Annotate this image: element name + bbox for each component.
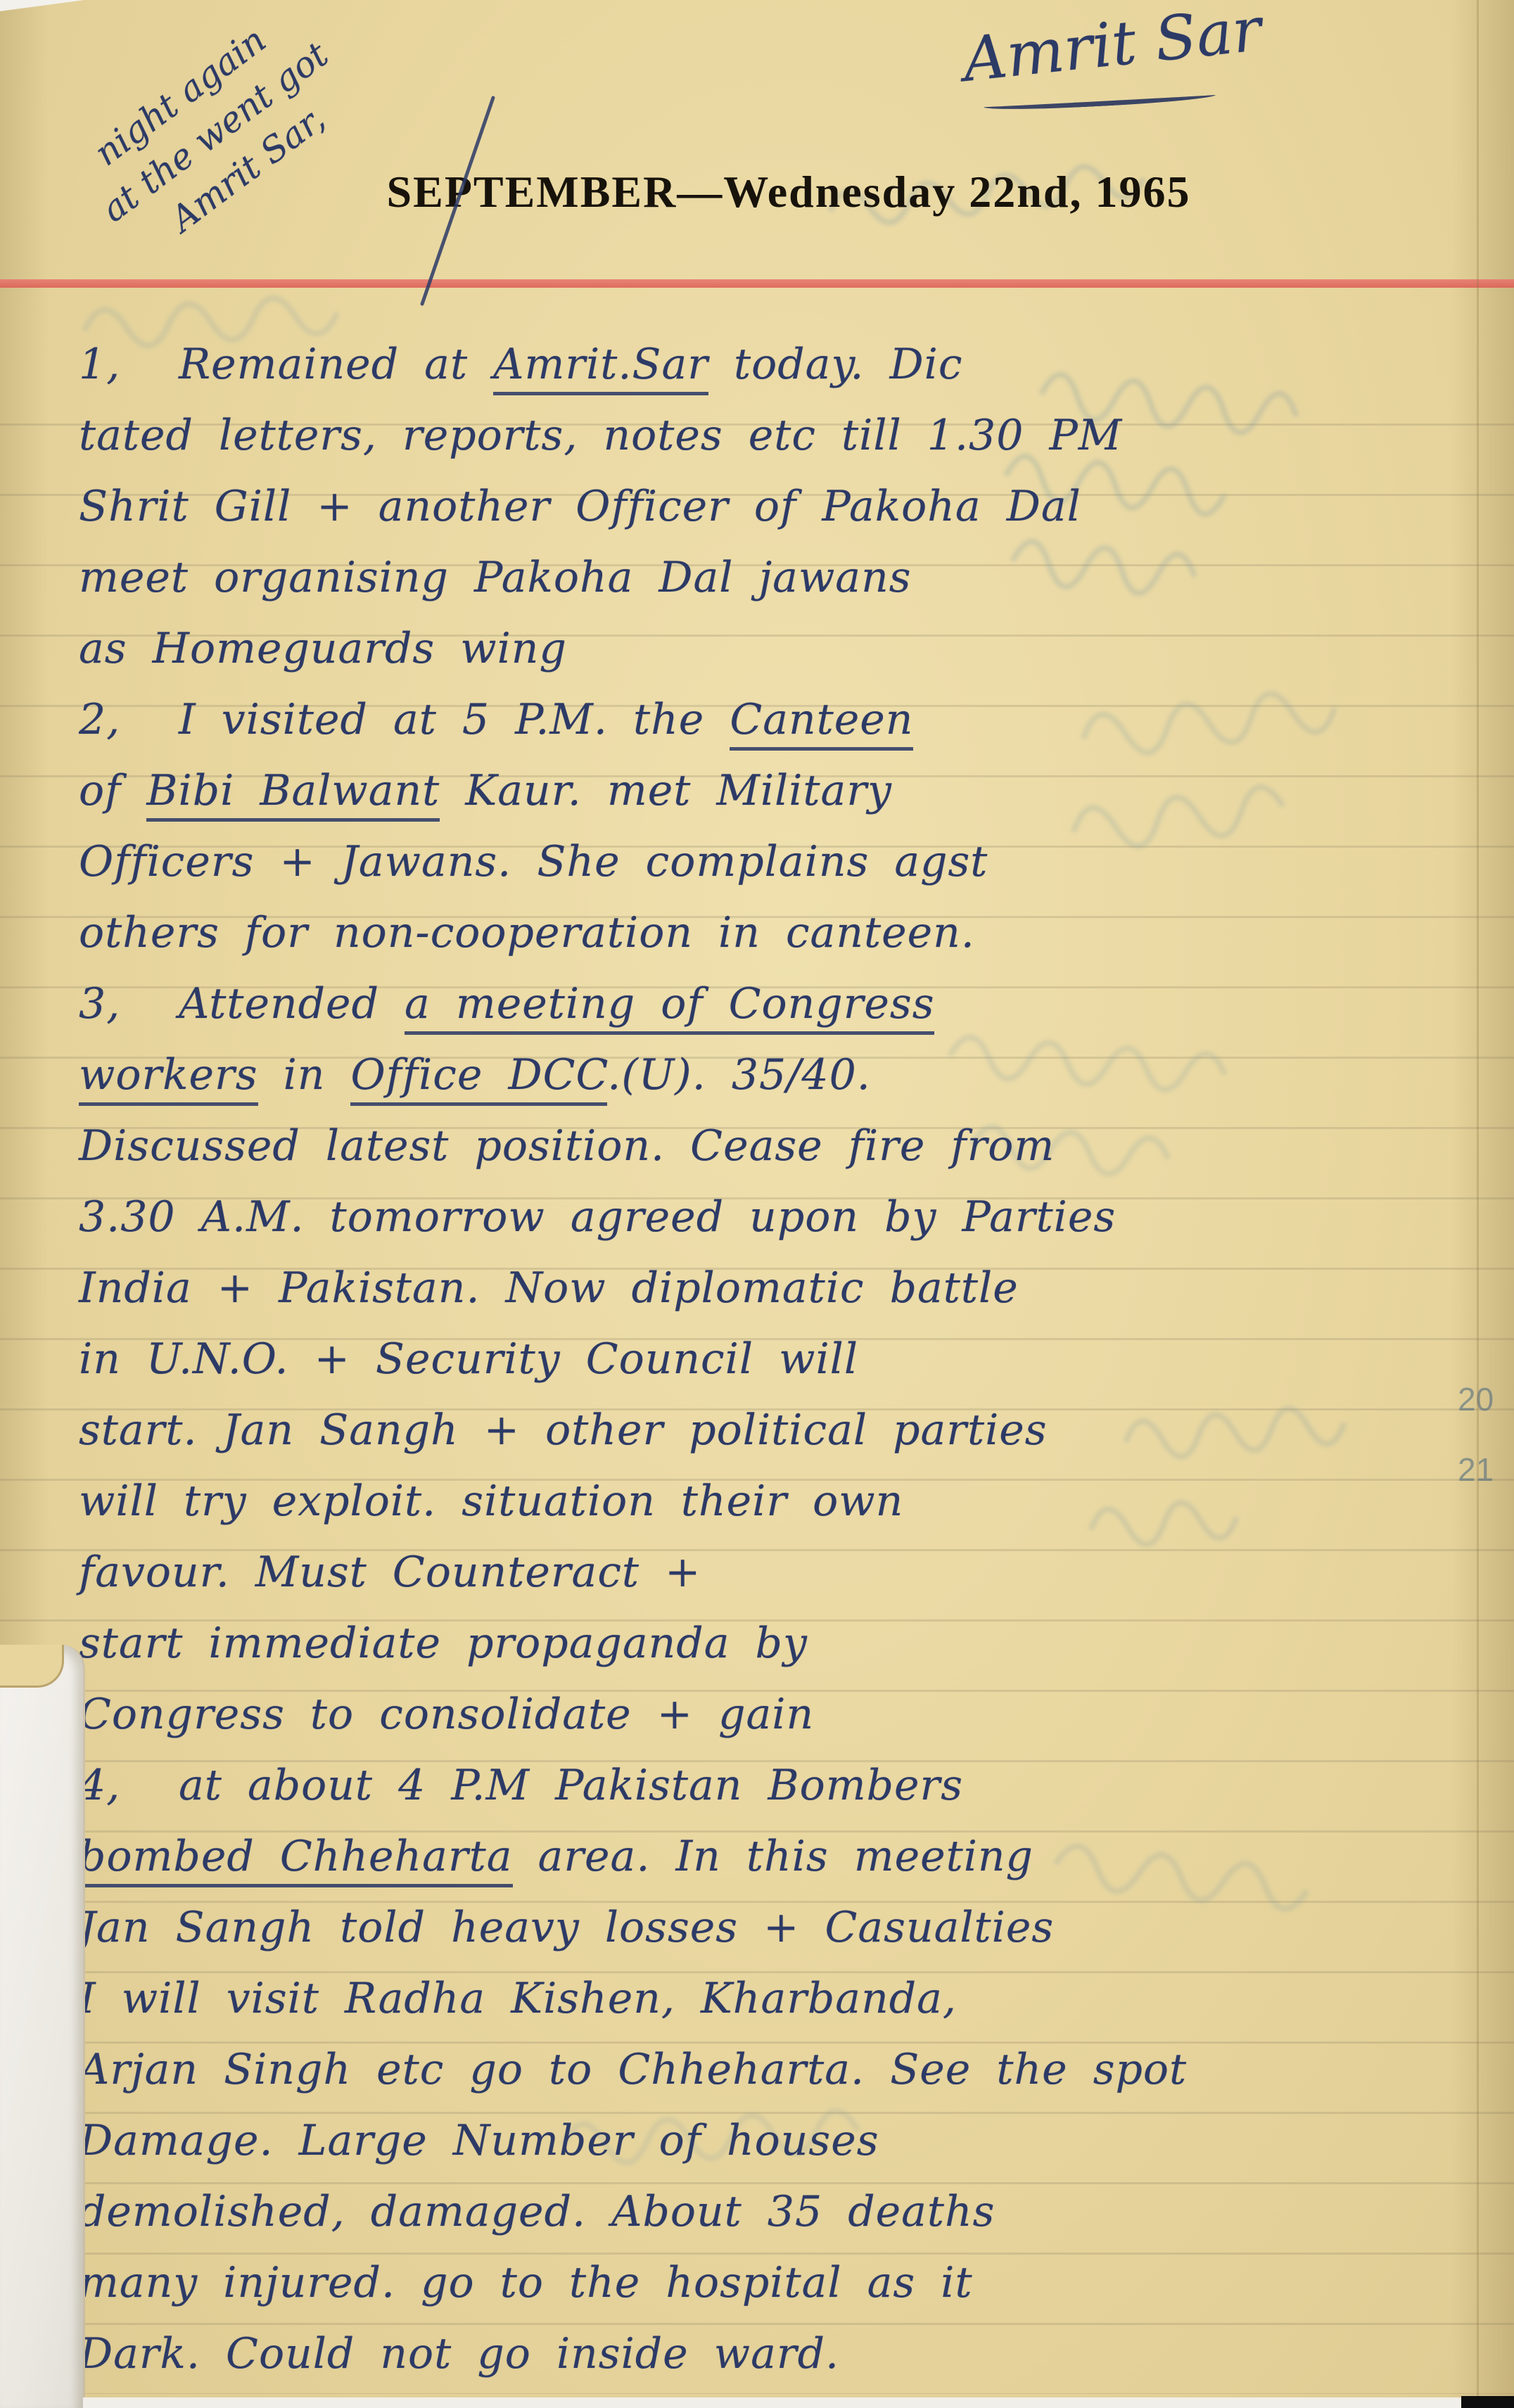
diary-line: Arjan Singh etc go to Chheharta. See the…	[79, 2034, 1500, 2106]
diary-line: favour. Must Counteract +	[79, 1537, 1500, 1608]
page-crease	[1477, 0, 1479, 2408]
corner-note: night again at the went got Amrit Sar,	[84, 0, 368, 256]
diary-text: Arjan Singh etc go to Chheharta. See the…	[79, 2045, 1187, 2094]
diary-line: 1,Remained at Amrit.Sar today. Dic	[79, 329, 1500, 400]
diary-line: workers in Office DCC.(U). 35/40.	[79, 1040, 1500, 1111]
diary-item-number: 1,	[79, 329, 179, 400]
diary-line: bombed Chheharta area. In this meeting	[79, 1821, 1500, 1892]
diary-text: start immediate propaganda by	[79, 1619, 808, 1668]
diary-text: in	[258, 1050, 351, 1100]
diary-text: .(U). 35/40.	[607, 1050, 871, 1100]
margin-number: 20	[1458, 1380, 1494, 1418]
diary-item-number: 2,	[79, 684, 179, 756]
diary-text: area. In this meeting	[513, 1832, 1033, 1881]
diary-text: Officers + Jawans. She complains agst	[79, 837, 988, 886]
diary-line: 3,Attended a meeting of Congress	[79, 969, 1500, 1040]
diary-text-underlined: a meeting of Congress	[405, 979, 934, 1035]
diary-line: Damage. Large Number of houses	[79, 2106, 1500, 2177]
top-edge-sliver	[0, 0, 84, 11]
diary-text: start. Jan Sangh + other political parti…	[79, 1406, 1048, 1455]
diary-text: many injured. go to the hospital as it	[79, 2258, 973, 2307]
diary-text: I will visit Radha Kishen, Kharbanda,	[79, 1974, 957, 2023]
diary-text: Discussed latest position. Cease fire fr…	[79, 1121, 1055, 1171]
diary-line: Jan Sangh told heavy losses + Casualties	[79, 1892, 1500, 1963]
diary-line: 3.30 A.M. tomorrow agreed upon by Partie…	[79, 1182, 1500, 1253]
diary-page: SEPTEMBER—Wednesday 22nd, 1965 Amrit Sar…	[0, 0, 1514, 2408]
diary-text: Remained at	[179, 340, 493, 389]
diary-text: India + Pakistan. Now diplomatic battle	[79, 1263, 1019, 1313]
diary-line: India + Pakistan. Now diplomatic battle	[79, 1253, 1500, 1324]
diary-line: Discussed latest position. Cease fire fr…	[79, 1111, 1500, 1182]
diary-item-number: 3,	[79, 969, 179, 1040]
diary-line: Shrit Gill + another Officer of Pakoha D…	[79, 471, 1500, 542]
diary-text: Shrit Gill + another Officer of Pakoha D…	[79, 482, 1081, 531]
diary-item-number: 4,	[79, 1750, 179, 1821]
torn-corner-underlay	[0, 1645, 85, 2408]
diary-text: Dark. Could not go inside ward.	[79, 2329, 839, 2378]
diary-text: today. Dic	[708, 340, 962, 389]
diary-text-underlined: bombed Chheharta	[79, 1832, 513, 1887]
diary-line: will try exploit. situation their own	[79, 1466, 1500, 1537]
diary-text: at about 4 P.M Pakistan Bombers	[179, 1761, 963, 1810]
diary-line: start. Jan Sangh + other political parti…	[79, 1395, 1500, 1466]
diary-text: 3.30 A.M. tomorrow agreed upon by Partie…	[79, 1192, 1116, 1242]
diary-text-underlined: Canteen	[730, 695, 913, 751]
diary-text: Jan Sangh told heavy losses + Casualties	[79, 1903, 1054, 1952]
diary-text: favour. Must Counteract +	[79, 1548, 701, 1597]
diary-line: Officers + Jawans. She complains agst	[79, 827, 1500, 898]
diary-lines: 1,Remained at Amrit.Sar today. Dictated …	[79, 329, 1500, 2390]
diary-text-underlined: Bibi Balwant	[146, 766, 440, 822]
diary-line: 2,I visited at 5 P.M. the Canteen	[79, 684, 1500, 756]
location-note: Amrit Sar	[960, 0, 1265, 96]
diary-line: Congress to consolidate + gain	[79, 1679, 1500, 1750]
printed-date-header: SEPTEMBER—Wednesday 22nd, 1965	[387, 166, 1191, 218]
diary-text: Congress to consolidate + gain	[79, 1690, 814, 1739]
torn-corner-paper-tab	[0, 1645, 64, 1688]
bottom-edge-shadow	[1461, 2396, 1514, 2408]
diary-line: demolished, damaged. About 35 deaths	[79, 2177, 1500, 2248]
bottom-edge-underlay	[83, 2397, 1461, 2408]
diary-line: tated letters, reports, notes etc till 1…	[79, 400, 1500, 471]
diary-text: of	[79, 766, 146, 815]
diary-text: meet organising Pakoha Dal jawans	[79, 553, 912, 602]
diary-text: demolished, damaged. About 35 deaths	[79, 2187, 995, 2236]
red-margin-rule	[0, 279, 1514, 288]
diary-line: I will visit Radha Kishen, Kharbanda,	[79, 1963, 1500, 2034]
diary-text: tated letters, reports, notes etc till 1…	[79, 411, 1122, 460]
diary-line: many injured. go to the hospital as it	[79, 2248, 1500, 2319]
diary-text: as Homeguards wing	[79, 624, 567, 673]
diary-text: Attended	[179, 979, 405, 1028]
margin-number: 21	[1458, 1451, 1494, 1489]
diary-text: Kaur. met Military	[440, 766, 892, 815]
location-note-underline	[984, 89, 1216, 112]
diary-line: as Homeguards wing	[79, 613, 1500, 684]
diary-line: meet organising Pakoha Dal jawans	[79, 542, 1500, 613]
diary-text: others for non-cooperation in canteen.	[79, 908, 975, 957]
diary-text: Damage. Large Number of houses	[79, 2116, 879, 2165]
diary-text-underlined: Office DCC	[350, 1050, 607, 1106]
diary-line: Dark. Could not go inside ward.	[79, 2319, 1500, 2390]
diary-text: in U.N.O. + Security Council will	[79, 1334, 858, 1384]
diary-text: will try exploit. situation their own	[79, 1477, 903, 1526]
diary-text-underlined: workers	[79, 1050, 258, 1106]
diary-line: 4,at about 4 P.M Pakistan Bombers	[79, 1750, 1500, 1821]
diary-line: in U.N.O. + Security Council will	[79, 1324, 1500, 1395]
diary-line: start immediate propaganda by	[79, 1608, 1500, 1679]
diary-line: of Bibi Balwant Kaur. met Military	[79, 756, 1500, 827]
diary-text-underlined: Amrit.Sar	[493, 340, 708, 395]
diary-line: others for non-cooperation in canteen.	[79, 898, 1500, 969]
diary-text: I visited at 5 P.M. the	[179, 695, 730, 744]
